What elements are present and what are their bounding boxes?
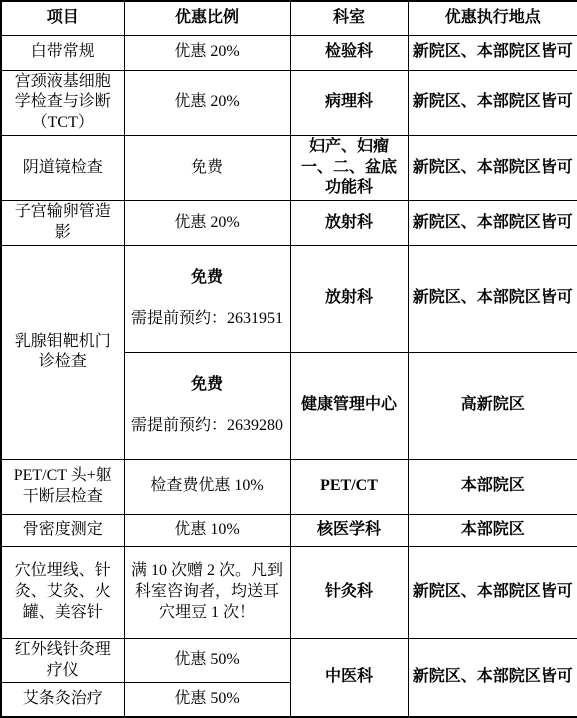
- location-cell: 新院区、本部院区皆可: [408, 135, 577, 200]
- dept-cell: 病理科: [290, 70, 408, 135]
- location-cell: 新院区、本部院区皆可: [408, 201, 577, 246]
- item-cell: 骨密度测定: [1, 514, 124, 546]
- table-row: 阴道镜检查 免费 妇产、妇瘤 一、二、盆底 功能科 新院区、本部院区皆可: [1, 135, 577, 200]
- location-cell: 新院区、本部院区皆可: [408, 245, 577, 352]
- discount-cell: 优惠 50%: [124, 638, 290, 683]
- dept-cell: 健康管理中心: [290, 352, 408, 459]
- item-cell: 白带常规: [1, 35, 124, 70]
- discount-main: 免费: [128, 375, 287, 396]
- discount-cell: 优惠 20%: [124, 35, 290, 70]
- table-row: 红外线针灸理 疗仪 优惠 50% 中医科 新院区、本部院区皆可: [1, 638, 577, 683]
- item-cell: 红外线针灸理 疗仪: [1, 638, 124, 683]
- table-row: 白带常规 优惠 20% 检验科 新院区、本部院区皆可: [1, 35, 577, 70]
- col-header-dept: 科室: [290, 1, 408, 35]
- discount-cell: 优惠 10%: [124, 514, 290, 546]
- discount-cell: 优惠 20%: [124, 70, 290, 135]
- discount-table: 项目 优惠比例 科室 优惠执行地点 白带常规 优惠 20% 检验科 新院区、本部…: [0, 0, 577, 718]
- dept-cell: 妇产、妇瘤 一、二、盆底 功能科: [290, 135, 408, 200]
- discount-note: 需提前预约：2639280: [128, 416, 287, 437]
- location-cell: 高新院区: [408, 352, 577, 459]
- discount-main: 免费: [128, 268, 287, 289]
- dept-cell: 核医学科: [290, 514, 408, 546]
- location-cell: 本部院区: [408, 459, 577, 514]
- table-row: 穴位埋线、针 灸、艾灸、火 罐、美容针 满 10 次赠 2 次。凡到 科室咨询者…: [1, 546, 577, 638]
- discount-cell: 优惠 50%: [124, 683, 290, 717]
- table-row: 骨密度测定 优惠 10% 核医学科 本部院区: [1, 514, 577, 546]
- item-cell: 艾条灸治疗: [1, 683, 124, 717]
- item-cell: 子宫输卵管造 影: [1, 201, 124, 246]
- item-cell: 穴位埋线、针 灸、艾灸、火 罐、美容针: [1, 546, 124, 638]
- table-row: PET/CT 头+躯 干断层检查 检查费优惠 10% PET/CT 本部院区: [1, 459, 577, 514]
- discount-cell: 免费 需提前预约：2631951: [124, 245, 290, 352]
- discount-cell: 检查费优惠 10%: [124, 459, 290, 514]
- item-cell: 乳腺钼靶机门 诊检查: [1, 245, 124, 459]
- discount-cell: 免费: [124, 135, 290, 200]
- dept-cell: 中医科: [290, 638, 408, 717]
- item-cell: 宫颈液基细胞 学检查与诊断 （TCT）: [1, 70, 124, 135]
- location-cell: 新院区、本部院区皆可: [408, 70, 577, 135]
- col-header-location: 优惠执行地点: [408, 1, 577, 35]
- discount-cell: 满 10 次赠 2 次。凡到 科室咨询者，均送耳 穴埋豆 1 次！: [124, 546, 290, 638]
- dept-cell: 检验科: [290, 35, 408, 70]
- item-cell: PET/CT 头+躯 干断层检查: [1, 459, 124, 514]
- table-row: 子宫输卵管造 影 优惠 20% 放射科 新院区、本部院区皆可: [1, 201, 577, 246]
- dept-cell: 放射科: [290, 201, 408, 246]
- discount-cell: 优惠 20%: [124, 201, 290, 246]
- discount-note: 需提前预约：2631951: [128, 309, 287, 330]
- location-cell: 新院区、本部院区皆可: [408, 546, 577, 638]
- dept-cell: PET/CT: [290, 459, 408, 514]
- discount-cell: 免费 需提前预约：2639280: [124, 352, 290, 459]
- item-cell: 阴道镜检查: [1, 135, 124, 200]
- col-header-item: 项目: [1, 1, 124, 35]
- dept-cell: 针灸科: [290, 546, 408, 638]
- col-header-discount: 优惠比例: [124, 1, 290, 35]
- table-row: 乳腺钼靶机门 诊检查 免费 需提前预约：2631951 放射科 新院区、本部院区…: [1, 245, 577, 352]
- header-row: 项目 优惠比例 科室 优惠执行地点: [1, 1, 577, 35]
- location-cell: 本部院区: [408, 514, 577, 546]
- table-row: 宫颈液基细胞 学检查与诊断 （TCT） 优惠 20% 病理科 新院区、本部院区皆…: [1, 70, 577, 135]
- location-cell: 新院区、本部院区皆可: [408, 638, 577, 717]
- dept-cell: 放射科: [290, 245, 408, 352]
- location-cell: 新院区、本部院区皆可: [408, 35, 577, 70]
